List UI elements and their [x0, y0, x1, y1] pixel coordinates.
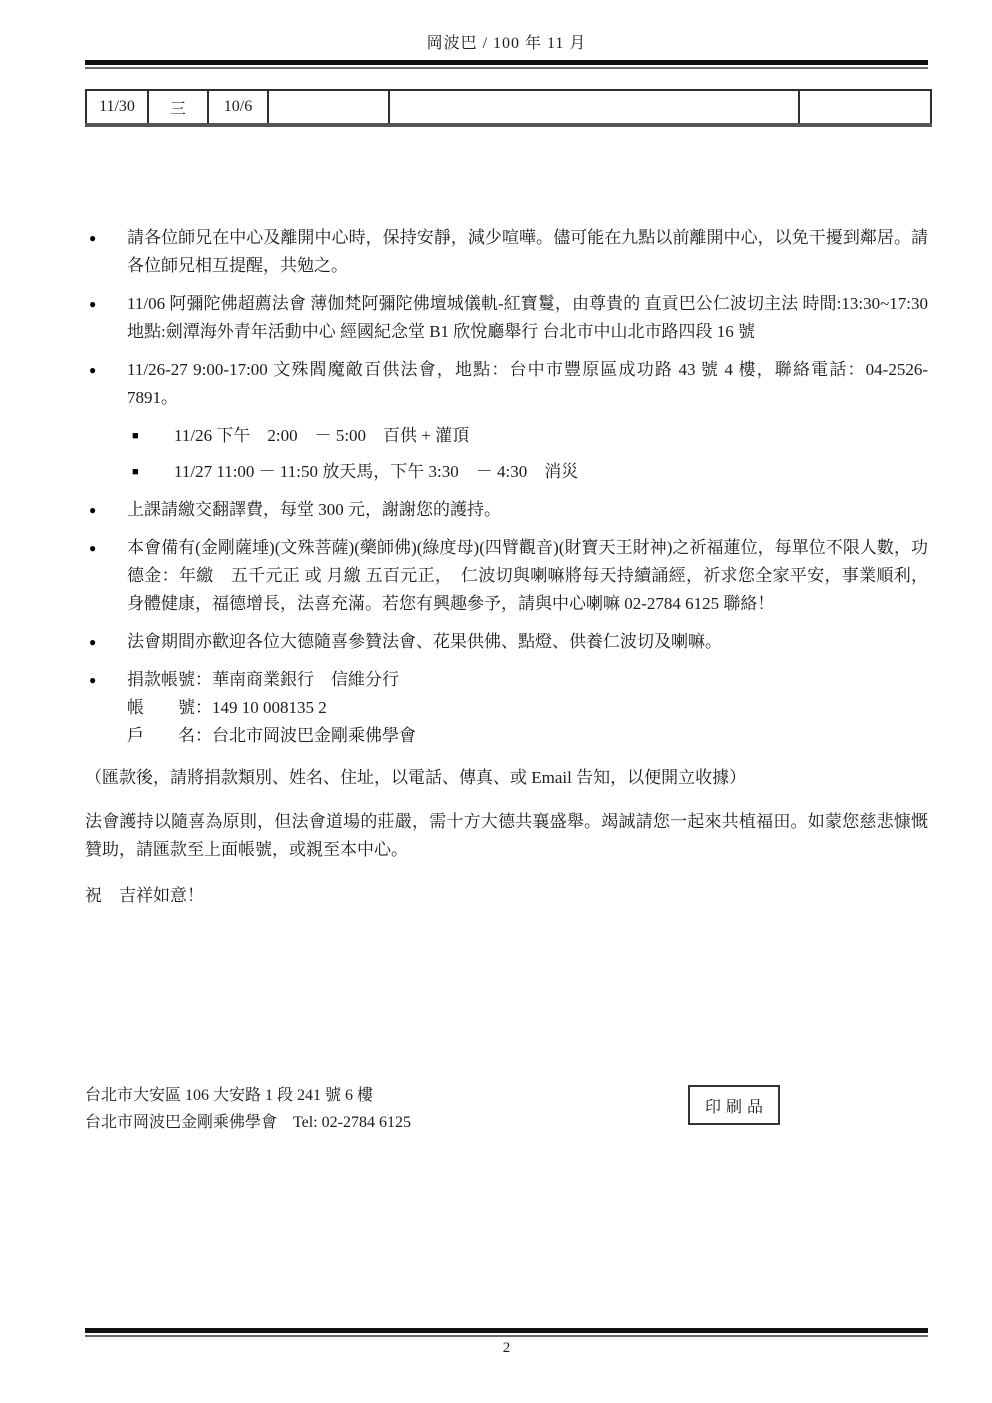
printed-matter-box: 印刷品: [688, 1085, 780, 1125]
footer-address-block: 台北市大安區 106 大安路 1 段 241 號 6 樓 台北市岡波巴金剛乘佛學…: [85, 1082, 411, 1136]
blessing-line: 祝 吉祥如意！: [85, 882, 928, 910]
notice-text: 11/26-27 9:00-17:00 文殊閻魔敵百供法會，地點：台中市豐原區成…: [127, 356, 928, 412]
schedule-empty-cell-2: [389, 90, 799, 125]
disc-bullet-icon: ●: [85, 224, 127, 280]
schedule-weekday-cell: 三: [148, 90, 208, 125]
list-item-nov27-schedule: ■ 11/27 11:00 － 11:50 放天馬，下午 3:30 － 4:30…: [123, 460, 928, 484]
list-item-blessing-lotus-seat: ● 本會備有(金剛薩埵)(文殊菩薩)(藥師佛)(綠度母)(四臂觀音)(財寶天王財…: [85, 534, 928, 618]
page-header-title: 岡波巴 / 100 年 11 月: [85, 0, 928, 55]
list-item-translation-fee: ● 上課請繳交翻譯費，每堂 300 元，謝謝您的護持。: [85, 496, 928, 524]
notice-list: ● 請各位師兄在中心及離開中心時，保持安靜，減少喧嘩。儘可能在九點以前離開中心，…: [85, 224, 928, 750]
notice-text: 本會備有(金剛薩埵)(文殊菩薩)(藥師佛)(綠度母)(四臂觀音)(財寶天王財神)…: [127, 534, 928, 618]
list-item-offering-welcome: ● 法會期間亦歡迎各位大德隨喜參贊法會、花果供佛、點燈、供養仁波切及喇嘛。: [85, 628, 928, 656]
schedule-empty-cell-3: [799, 90, 931, 125]
square-bullet-icon: ■: [123, 460, 174, 484]
disc-bullet-icon: ●: [85, 666, 127, 750]
footer-rule-thin: [85, 1335, 928, 1337]
page-number: 2: [85, 1340, 928, 1357]
square-bullet-icon: ■: [123, 424, 174, 448]
notice-text: 上課請繳交翻譯費，每堂 300 元，謝謝您的護持。: [127, 496, 928, 524]
disc-bullet-icon: ●: [85, 496, 127, 524]
table-row: 11/30 三 10/6: [86, 90, 931, 125]
header-rule-bar: [85, 60, 928, 65]
footer-rule-bar: [85, 1328, 928, 1333]
schedule-lunar-date-cell: 10/6: [208, 90, 268, 125]
schedule-empty-cell-1: [268, 90, 389, 125]
printed-matter-label: 印刷品: [705, 1094, 768, 1117]
donation-account-name-line: 戶 名：台北市岡波巴金剛乘佛學會: [127, 722, 928, 750]
puja-schedule-sublist: ■ 11/26 下午 2:00 － 5:00 百供 + 灌頂 ■ 11/27 1…: [123, 424, 928, 484]
footer-address-line2: 台北市岡波巴金剛乘佛學會 Tel: 02-2784 6125: [85, 1109, 411, 1136]
notice-text: 請各位師兄在中心及離開中心時，保持安靜，減少喧嘩。儘可能在九點以前離開中心，以免…: [127, 224, 928, 280]
list-item-amitabha-puja: ● 11/06 阿彌陀佛超薦法會 薄伽梵阿彌陀佛壇城儀軌-紅寶鬘，由尊貴的 直貢…: [85, 290, 928, 346]
schedule-date-cell: 11/30: [86, 90, 148, 125]
disc-bullet-icon: ●: [85, 628, 127, 656]
donation-bank-line: 捐款帳號：華南商業銀行 信維分行: [127, 666, 928, 694]
subitem-text: 11/27 11:00 － 11:50 放天馬，下午 3:30 － 4:30 消…: [174, 460, 928, 484]
remittance-note: （匯款後，請將捐款類別、姓名、住址，以電話、傳真、或 Email 告知，以便開立…: [85, 764, 928, 792]
disc-bullet-icon: ●: [85, 534, 127, 618]
document-page: 岡波巴 / 100 年 11 月 11/30 三 10/6 ● 請各位師兄在: [0, 0, 992, 1403]
notice-text: 11/06 阿彌陀佛超薦法會 薄伽梵阿彌陀佛壇城儀軌-紅寶鬘，由尊貴的 直貢巴公…: [127, 290, 928, 346]
footer-rule-area: 2: [85, 1328, 928, 1357]
schedule-table: 11/30 三 10/6: [85, 89, 932, 127]
notice-text: 法會期間亦歡迎各位大德隨喜參贊法會、花果供佛、點燈、供養仁波切及喇嘛。: [127, 628, 928, 656]
disc-bullet-icon: ●: [85, 356, 127, 412]
donation-account-block: 捐款帳號：華南商業銀行 信維分行 帳 號：149 10 008135 2 戶 名…: [127, 666, 928, 750]
list-item-nov26-schedule: ■ 11/26 下午 2:00 － 5:00 百供 + 灌頂: [123, 424, 928, 448]
list-item-quiet-reminder: ● 請各位師兄在中心及離開中心時，保持安靜，減少喧嘩。儘可能在九點以前離開中心，…: [85, 224, 928, 280]
disc-bullet-icon: ●: [85, 290, 127, 346]
header-rule: [85, 60, 928, 69]
support-note: 法會護持以隨喜為原則，但法會道場的莊嚴，需十方大德共襄盛舉。竭誠請您一起來共植福…: [85, 808, 928, 864]
header-rule-thin: [85, 67, 928, 69]
list-item-manjushri-puja: ● 11/26-27 9:00-17:00 文殊閻魔敵百供法會，地點：台中市豐原…: [85, 356, 928, 412]
footer-address-line1: 台北市大安區 106 大安路 1 段 241 號 6 樓: [85, 1082, 411, 1109]
subitem-text: 11/26 下午 2:00 － 5:00 百供 + 灌頂: [174, 424, 928, 448]
donation-account-number-line: 帳 號：149 10 008135 2: [127, 694, 928, 722]
list-item-donation-account: ● 捐款帳號：華南商業銀行 信維分行 帳 號：149 10 008135 2 戶…: [85, 666, 928, 750]
